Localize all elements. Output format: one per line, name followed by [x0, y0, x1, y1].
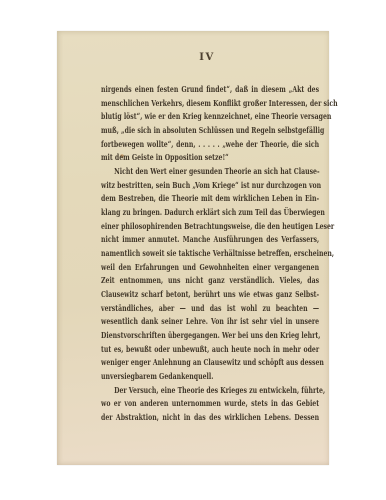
text-line: muß, „die sich in absoluten Schlüssen un…	[101, 125, 319, 139]
scan-background: IV nirgends einen festen Grund findet“, …	[0, 0, 386, 500]
book-page: IV nirgends einen festen Grund findet“, …	[57, 31, 329, 465]
page-number: IV	[71, 52, 343, 63]
text-line: namentlich soweit sie taktische Verhältn…	[101, 248, 319, 262]
text-line: wo er von anderen unternommen wurde, ste…	[101, 398, 319, 412]
text-line: weniger enger Anlehnung an Clausewitz un…	[101, 357, 319, 371]
text-line: blutig löst“, wie er den Krieg kennzeich…	[101, 111, 319, 125]
text-line: weil den Erfahrungen und Gewohnheiten ei…	[101, 262, 319, 276]
text-line: wesentlich dank seiner Lehre. Von ihr is…	[101, 316, 319, 330]
body-text: nirgends einen festen Grund findet“, daß…	[101, 84, 319, 426]
text-line: verständliches, aber — und das ist wohl …	[101, 303, 319, 317]
text-line: dem Bestreben, die Theorie mit dem wirkl…	[101, 193, 319, 207]
text-line: Zeit entnommen, uns nicht ganz verständl…	[101, 275, 319, 289]
text-line: nicht immer anmutet. Manche Ausführungen…	[101, 234, 319, 248]
text-line: Der Versuch, eine Theorie des Krieges zu…	[101, 385, 319, 399]
text-line: mit dem Geiste in Opposition setze!“	[101, 152, 319, 166]
text-line: witz bestritten, sein Buch „Vom Kriege“ …	[101, 180, 319, 194]
text-line: unversiegbarem Gedankenquell.	[101, 371, 319, 385]
text-line: klang zu bringen. Dadurch erklärt sich z…	[101, 207, 319, 221]
text-line: menschlichen Verkehrs, diesem Konflikt g…	[101, 98, 319, 112]
text-line: Clausewitz scharf betont, berührt uns wi…	[101, 289, 319, 303]
text-line: fortbewegen wollte“, denn, . . . . . „we…	[101, 139, 319, 153]
text-line: einer philosophirenden Betrachtungsweise…	[101, 221, 319, 235]
text-line: tut es, bewußt oder unbewußt, auch heute…	[101, 344, 319, 358]
text-line: Dienstvorschriften übergegangen. Wer bei…	[101, 330, 319, 344]
text-line: der Abstraktion, nicht in das des wirkli…	[101, 412, 319, 426]
text-line: Nicht den Wert einer gesunden Theorie an…	[101, 166, 319, 180]
text-line: nirgends einen festen Grund findet“, daß…	[101, 84, 319, 98]
